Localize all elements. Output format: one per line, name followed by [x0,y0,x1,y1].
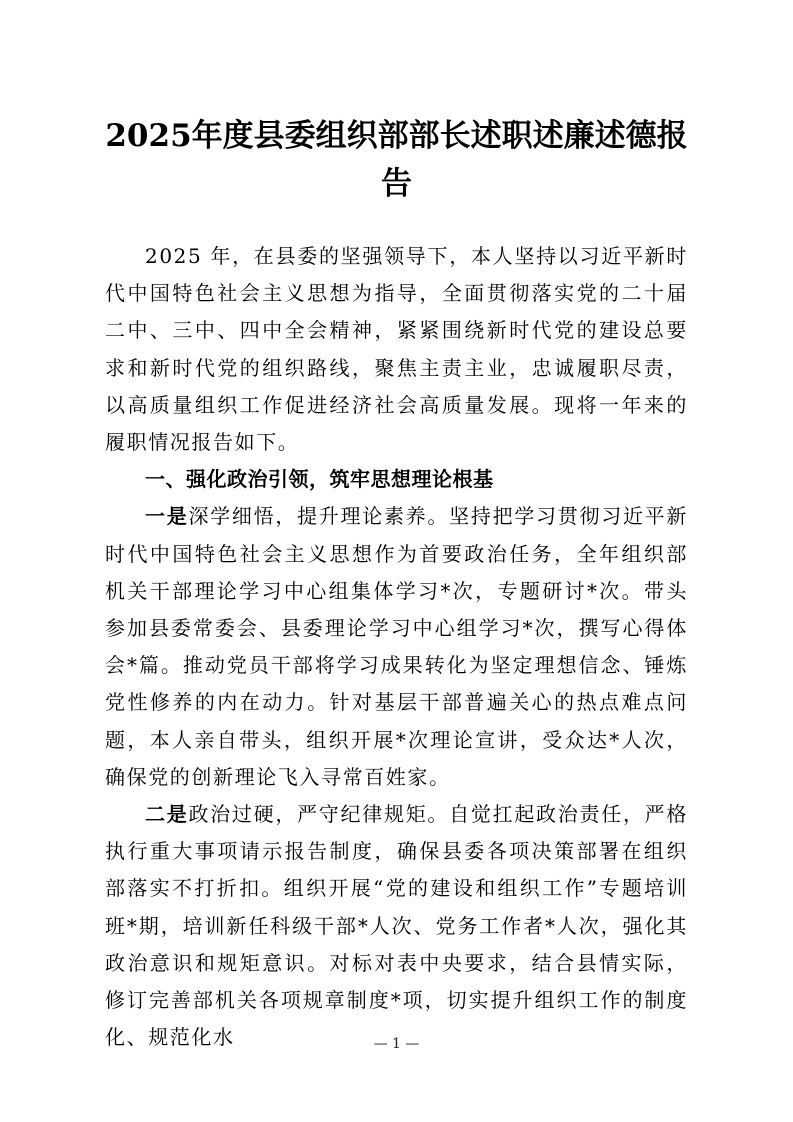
document-page: 2025年度县委组织部部长述职述廉述德报告 2025 年，在县委的坚强领导下，本… [0,0,793,1122]
body-paragraph: 一是深学细悟，提升理论素养。坚持把学习贯彻习近平新时代中国特色社会主义思想作为首… [105,498,688,796]
page-number: — 1 — [0,1036,793,1052]
paragraph-lead: 二是 [145,802,188,826]
paragraph-text: 深学细悟，提升理论素养。坚持把学习贯彻习近平新时代中国特色社会主义思想作为首要政… [105,504,688,788]
document-body: 2025 年，在县委的坚强领导下，本人坚持以习近平新时代中国特色社会主义思想为指… [105,238,688,1056]
section-heading: 一、强化政治引领，筑牢思想理论根基 [105,461,688,498]
paragraph-text: 政治过硬，严守纪律规矩。自觉扛起政治责任，严格执行重大事项请示报告制度，确保县委… [105,802,688,1049]
intro-paragraph: 2025 年，在县委的坚强领导下，本人坚持以习近平新时代中国特色社会主义思想为指… [105,238,688,461]
body-paragraph: 二是政治过硬，严守纪律规矩。自觉扛起政治责任，严格执行重大事项请示报告制度，确保… [105,796,688,1056]
document-title: 2025年度县委组织部部长述职述廉述德报告 [100,112,693,208]
paragraph-lead: 一是 [145,504,188,528]
